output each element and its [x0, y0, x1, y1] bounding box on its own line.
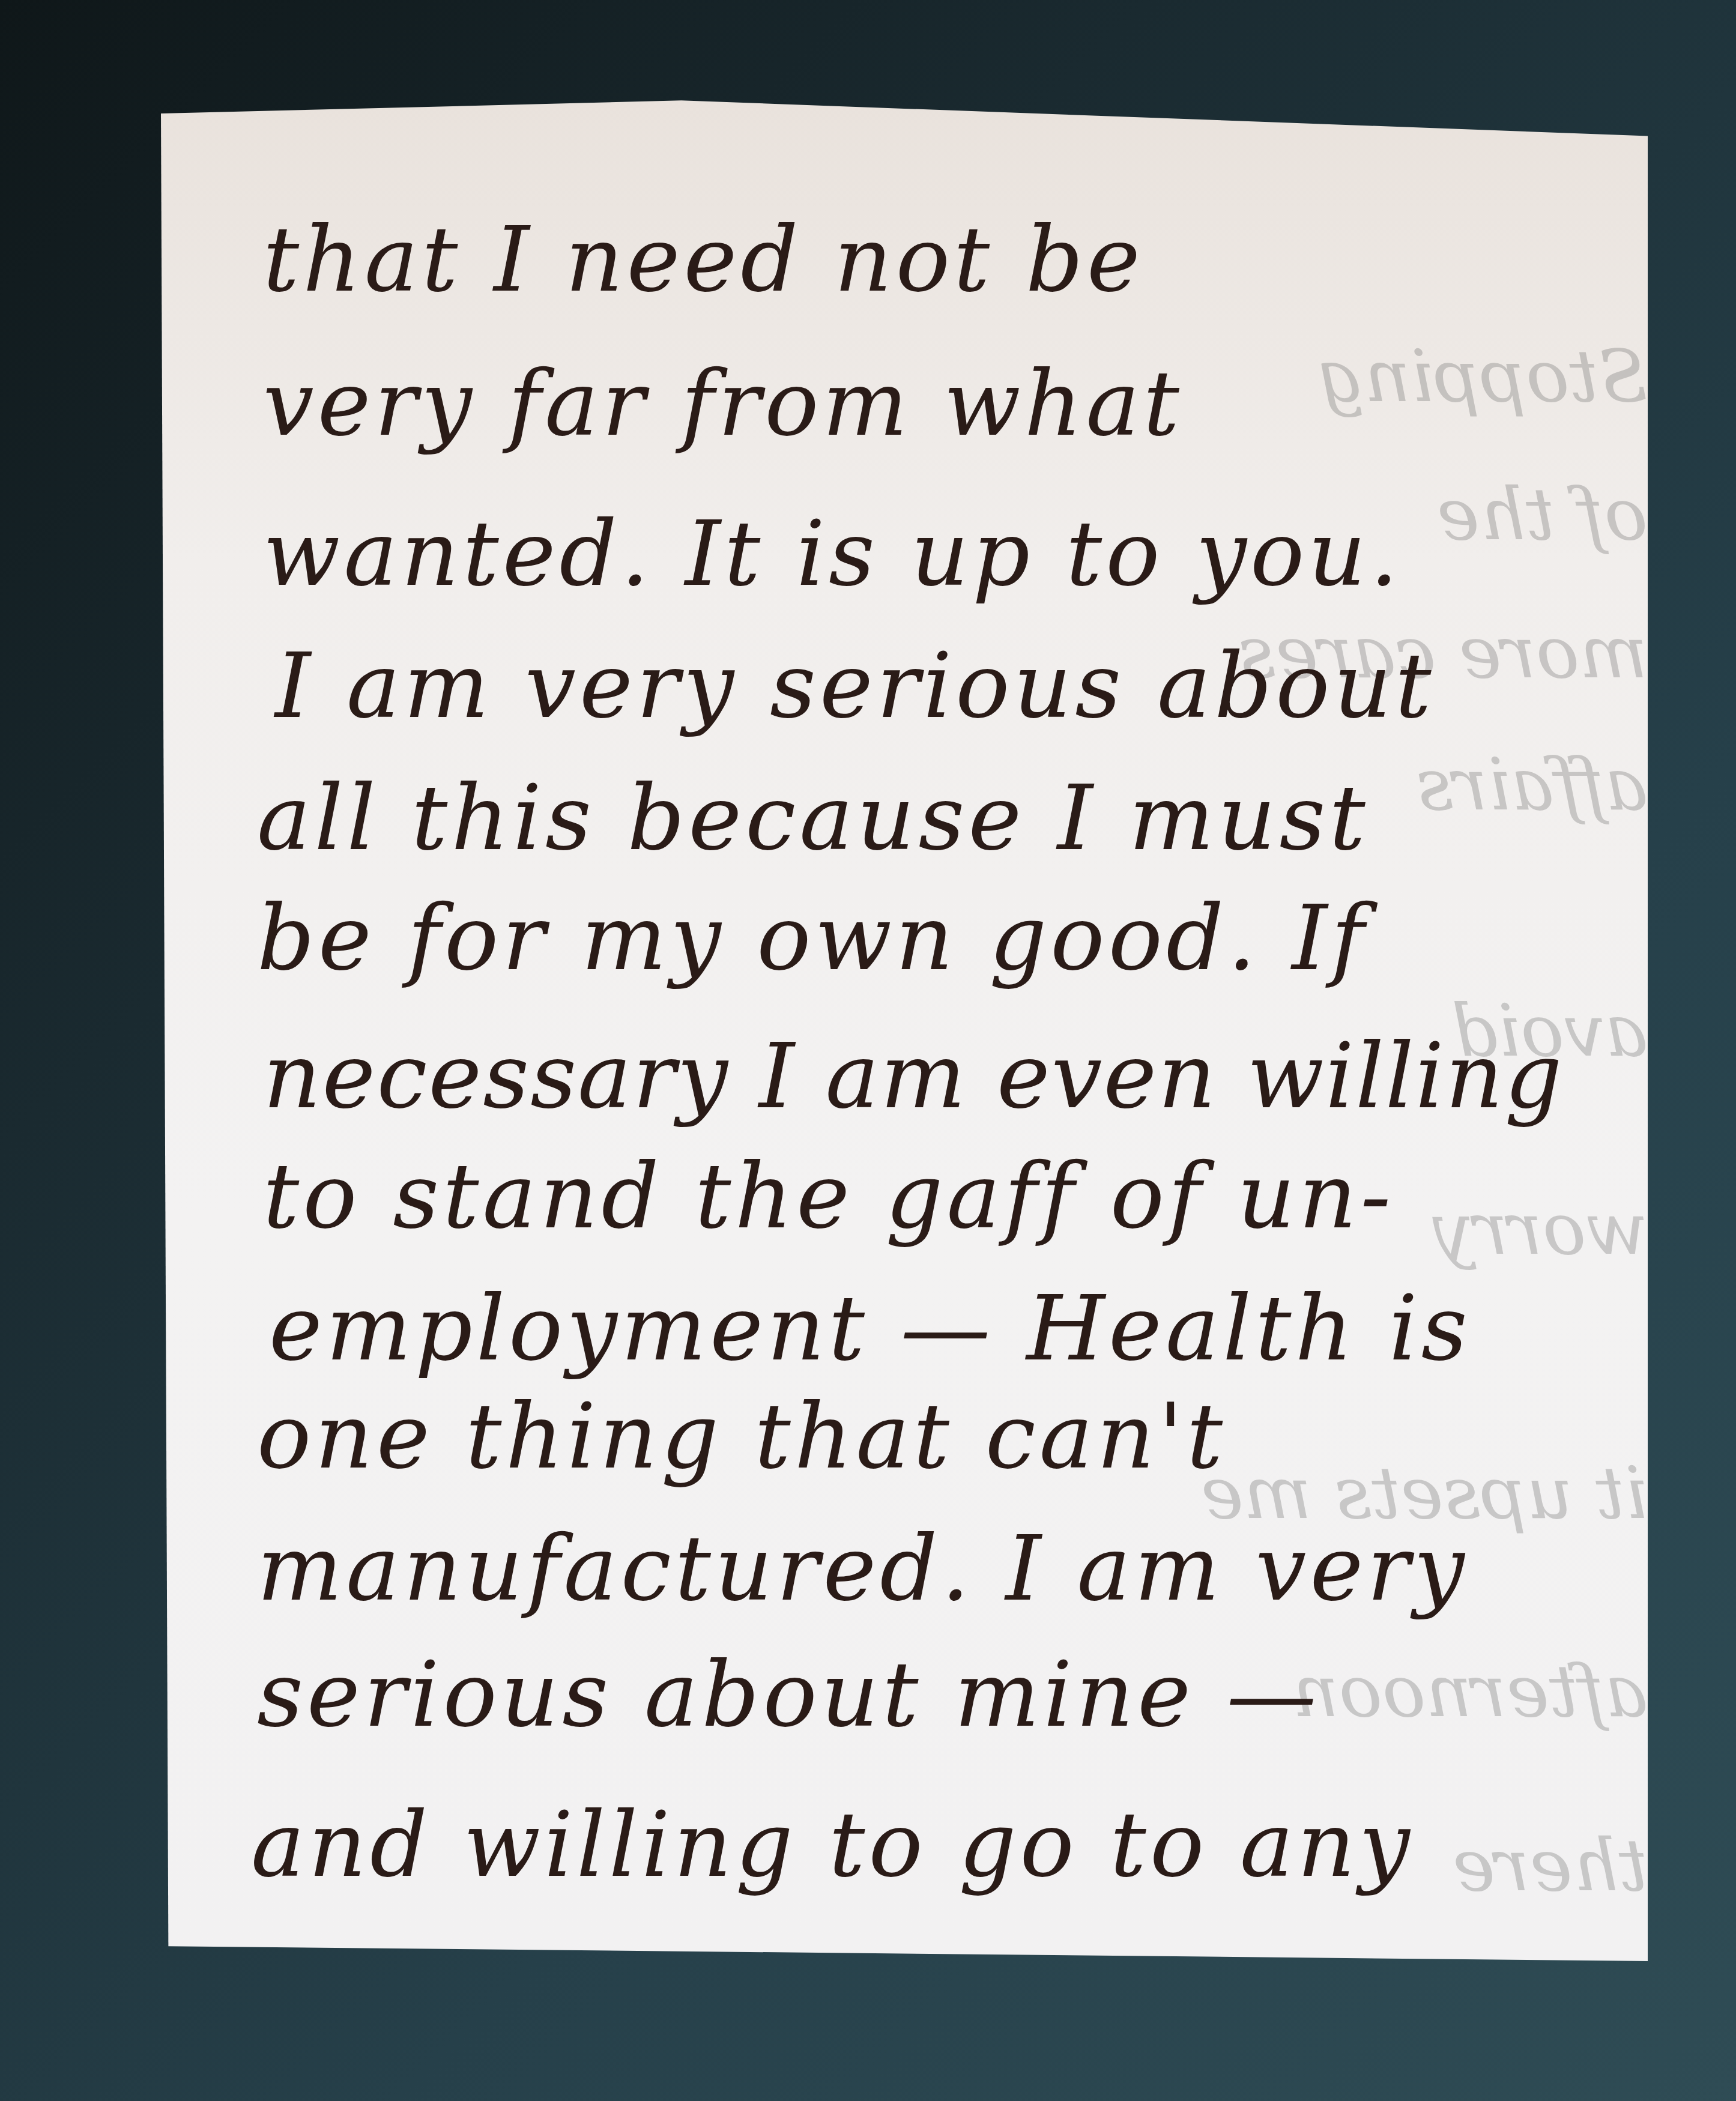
letter-line-13: and willing to go to any: [161, 1800, 1736, 1890]
letter-line-9: employment — Health is: [161, 1284, 1736, 1374]
letter-page: Stopping of the more cares affairs avoid…: [161, 95, 1648, 1961]
letter-line-3: wanted. It is up to you.: [161, 509, 1736, 599]
letter-line-1: that I need not be: [161, 215, 1736, 305]
letter-line-6: be for my own good. If: [161, 893, 1736, 984]
letter-line-12: serious about mine —: [161, 1650, 1736, 1740]
letter-line-7: necessary I am even willing: [161, 1032, 1736, 1122]
letter-line-8: to stand the gaff of un-: [161, 1152, 1736, 1242]
letter-line-10: one thing that can't: [161, 1392, 1736, 1482]
letter-line-5: all this because I must: [161, 773, 1736, 863]
letter-line-11: manufactured. I am very: [161, 1524, 1736, 1614]
letter-line-4: I am very serious about: [161, 641, 1736, 731]
letter-line-2: very far from what: [161, 359, 1736, 449]
